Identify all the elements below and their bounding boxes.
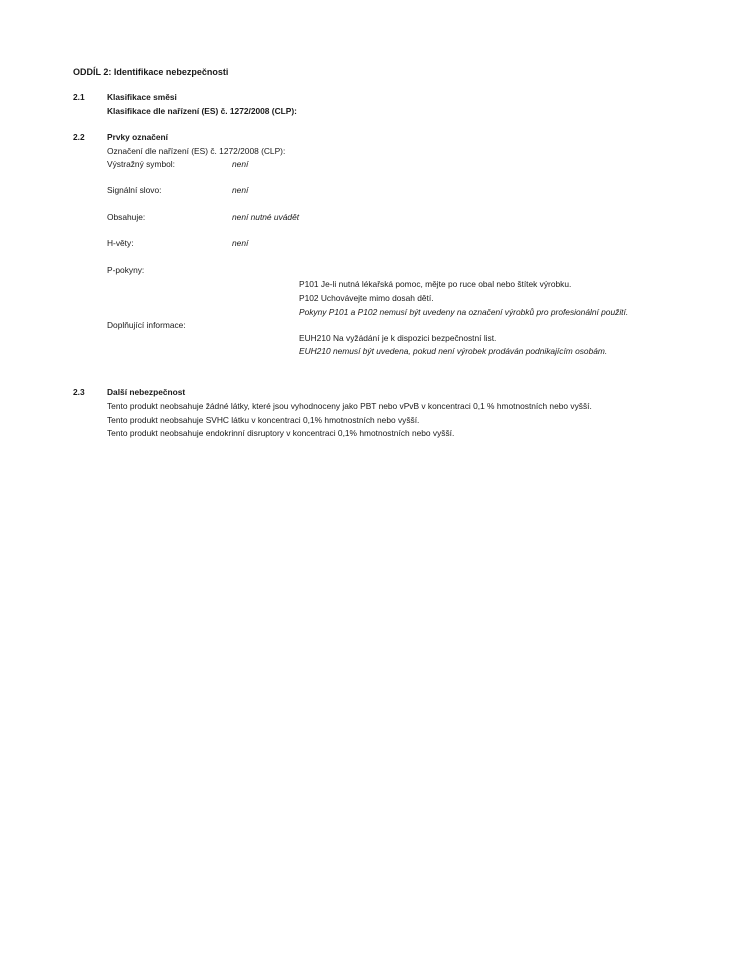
other-hazard-line-2: Tento produkt neobsahuje SVHC látku v ko…	[107, 415, 419, 426]
p102-statement: P102 Uchovávejte mimo dosah dětí.	[299, 293, 434, 304]
euh210-statement: EUH210 Na vyžádání je k dispozici bezpeč…	[299, 333, 496, 344]
other-hazard-line-1: Tento produkt neobsahuje žádné látky, kt…	[107, 401, 592, 412]
section-2-3-number: 2.3	[73, 387, 85, 398]
value-h-statements: není	[232, 238, 248, 249]
label-warning-symbol: Výstražný symbol:	[107, 159, 175, 170]
value-signal-word: není	[232, 185, 248, 196]
label-contains: Obsahuje:	[107, 212, 145, 223]
p-statements-note: Pokyny P101 a P102 nemusí být uvedeny na…	[299, 307, 628, 318]
p101-statement: P101 Je-li nutná lékařská pomoc, mějte p…	[299, 279, 571, 290]
section-2-2-intro: Označení dle nařízení (ES) č. 1272/2008 …	[107, 146, 285, 157]
section-2-1-heading: Klasifikace směsi	[107, 92, 177, 103]
label-p-statements: P-pokyny:	[107, 265, 144, 276]
label-h-statements: H-věty:	[107, 238, 134, 249]
section-2-1-subheading: Klasifikace dle nařízení (ES) č. 1272/20…	[107, 106, 297, 117]
euh210-note: EUH210 nemusí být uvedena, pokud není vý…	[299, 346, 607, 357]
other-hazard-line-3: Tento produkt neobsahuje endokrinní disr…	[107, 428, 454, 439]
section-2-3-heading: Další nebezpečnost	[107, 387, 185, 398]
label-signal-word: Signální slovo:	[107, 185, 161, 196]
value-warning-symbol: není	[232, 159, 248, 170]
label-additional-info: Doplňující informace:	[107, 320, 186, 331]
section-2-2-number: 2.2	[73, 132, 85, 143]
section-2-1-number: 2.1	[73, 92, 85, 103]
section-2-2-heading: Prvky označení	[107, 132, 168, 143]
value-contains: není nutné uvádět	[232, 212, 299, 223]
section-title: ODDÍL 2: Identifikace nebezpečnosti	[73, 67, 228, 78]
